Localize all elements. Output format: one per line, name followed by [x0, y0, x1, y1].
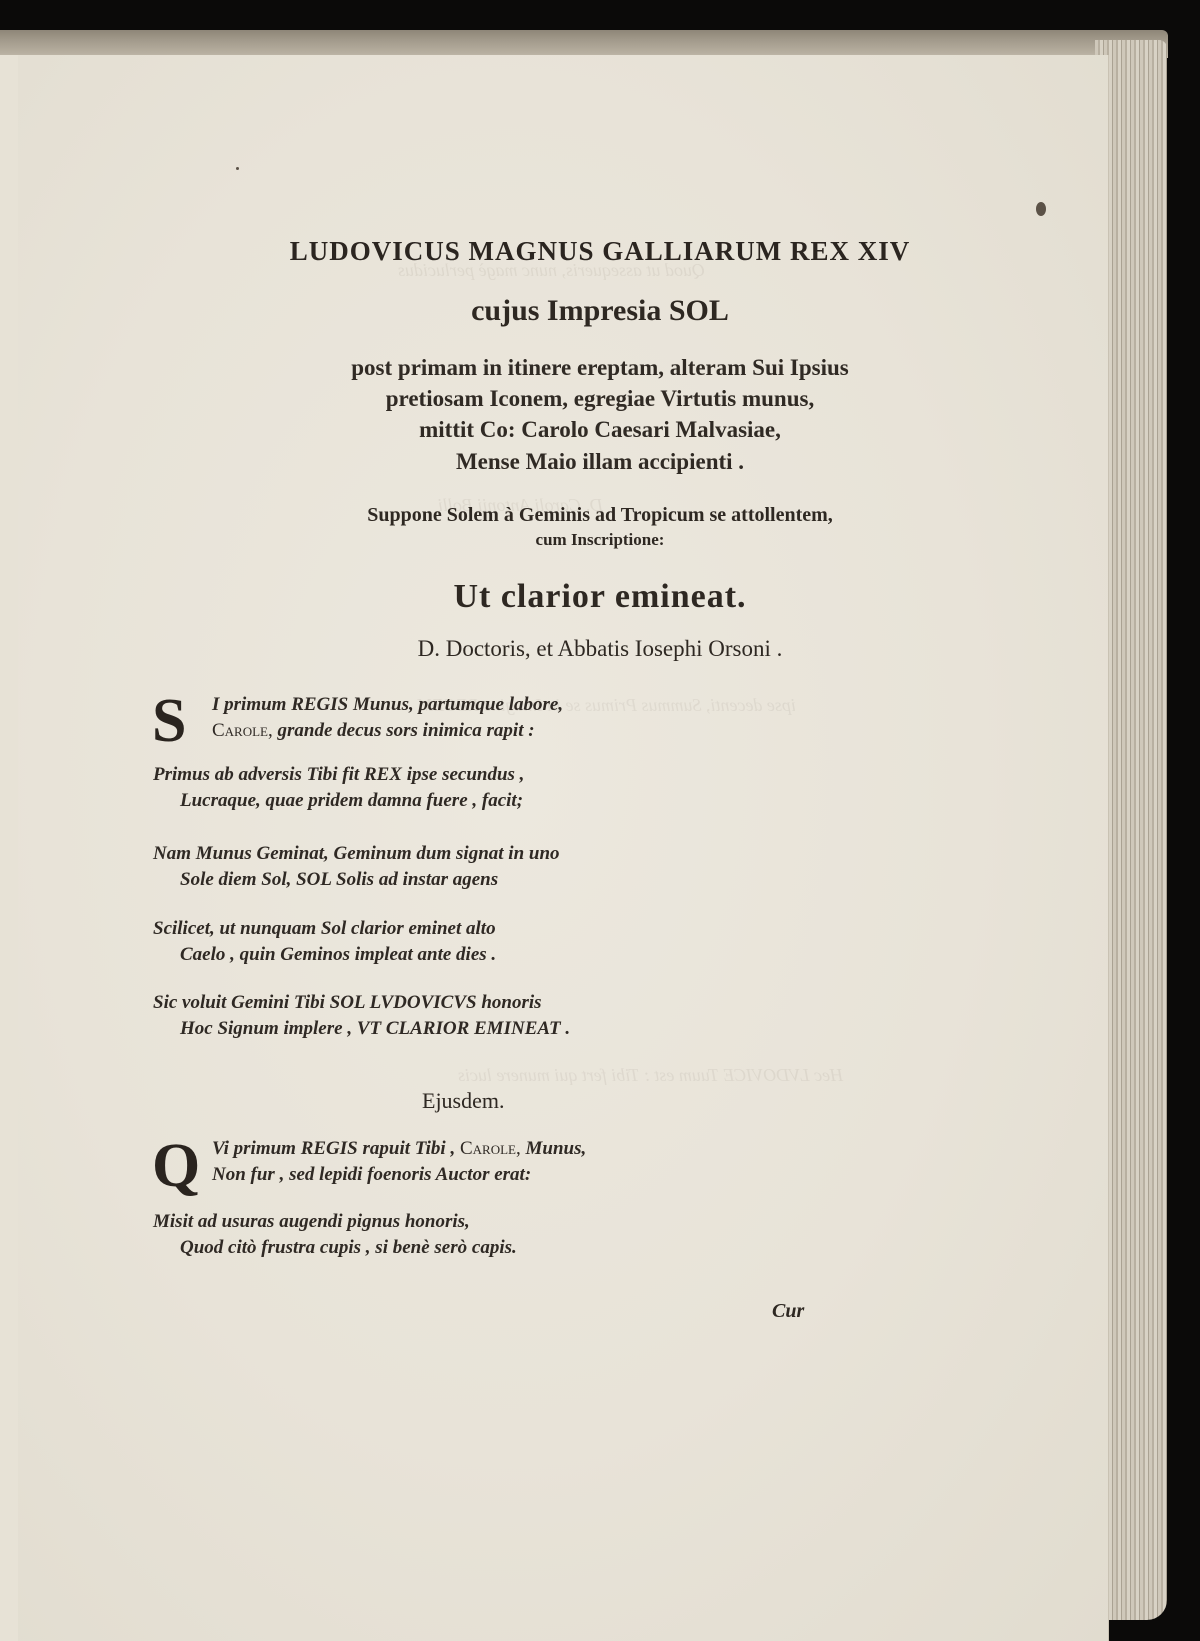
heading-line-1: post primam in itinere ereptam, alteram … — [0, 355, 1200, 381]
verse-line: I primum REGIS Munus, partumque labore, — [212, 694, 563, 716]
verse-line: Non fur , sed lepidi foenoris Auctor era… — [212, 1164, 531, 1186]
previous-page-edge — [0, 55, 20, 1641]
verse-line: Hoc Signum implere , VT CLARIOR EMINEAT … — [180, 1018, 570, 1040]
verse-text: Munus, — [525, 1138, 586, 1159]
verse-text: Vi primum REGIS rapuit Tibi , — [212, 1138, 455, 1159]
heading-line-4: Mense Maio illam accipienti . — [0, 449, 1200, 475]
heading-line-2: pretiosam Iconem, egregiae Virtutis munu… — [0, 386, 1200, 412]
motto: Ut clarior emineat. — [0, 578, 1200, 616]
verse-line: Misit ad usuras augendi pignus honoris, — [153, 1211, 470, 1233]
instruction-line-2: cum Inscriptione: — [0, 530, 1200, 550]
name-carole: Carole, — [212, 720, 273, 741]
drop-cap-q: Q — [152, 1135, 200, 1197]
page-title: LUDOVICUS MAGNUS GALLIARUM REX XIV — [0, 236, 1200, 267]
verse-line: Carole, grande decus sors inimica rapit … — [212, 720, 535, 742]
subtitle: cujus Impresia SOL — [0, 294, 1200, 328]
verse-line: Sole diem Sol, SOL Solis ad instar agens — [180, 869, 498, 891]
verse-line: Scilicet, ut nunquam Sol clarior eminet … — [153, 918, 496, 940]
verse-line: Sic voluit Gemini Tibi SOL LVDOVICVS hon… — [153, 992, 542, 1014]
verse-line: Quod citò frustra cupis , si benè serò c… — [180, 1237, 517, 1259]
attribution: D. Doctoris, et Abbatis Iosephi Orsoni . — [0, 636, 1200, 662]
instruction-line-1: Suppone Solem à Geminis ad Tropicum se a… — [0, 504, 1200, 527]
verse-line: Lucraque, quae pridem damna fuere , faci… — [180, 790, 523, 812]
heading-line-3: mittit Co: Carolo Caesari Malvasiae, — [0, 417, 1200, 443]
section-heading: Ejusdem. — [422, 1088, 505, 1114]
show-through-text: Hec LVDOVICE Tuum est : Tibi fert qui mu… — [458, 1065, 843, 1086]
book-top-edge — [0, 30, 1168, 58]
verse-line: Nam Munus Geminat, Geminum dum signat in… — [153, 843, 560, 865]
name-carole: Carole, — [460, 1138, 521, 1159]
verse-line: Vi primum REGIS rapuit Tibi , Carole, Mu… — [212, 1138, 586, 1160]
verse-line: Primus ab adversis Tibi fit REX ipse sec… — [153, 764, 524, 786]
drop-cap-s: S — [152, 690, 186, 752]
verse-line: Caelo , quin Geminos impleat ante dies . — [180, 944, 496, 966]
catchword: Cur — [772, 1300, 804, 1323]
verse-text: grande decus sors inimica rapit : — [278, 720, 535, 741]
ink-spot — [236, 167, 239, 170]
ink-spot — [1036, 202, 1046, 216]
